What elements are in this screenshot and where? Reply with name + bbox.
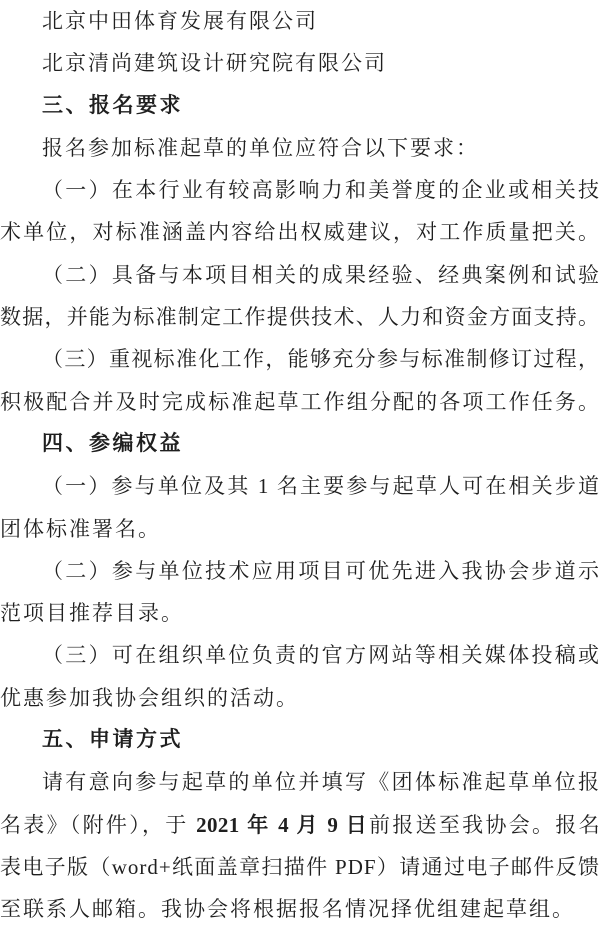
company-line-1: 北京中田体育发展有限公司 (0, 0, 600, 42)
section5-para-line4: 至联系人邮箱。我协会将根据报名情况择优组建起草组。 (0, 888, 600, 930)
section4-item2-line2: 范项目推荐目录。 (0, 592, 600, 634)
section3-item1-line1: （一）在本行业有较高影响力和美誉度的企业或相关技 (0, 169, 600, 211)
deadline-pre-text: 名表》（附件），于 (0, 813, 196, 837)
document-page: 北京中田体育发展有限公司 北京清尚建筑设计研究院有限公司 三、报名要求 报名参加… (0, 0, 600, 930)
section4-item1-line2: 团体标准署名。 (0, 508, 600, 550)
section3-intro: 报名参加标准起草的单位应符合以下要求： (0, 127, 600, 169)
section5-para-line2: 名表》（附件），于 2021 年 4 月 9 日前报送至我协会。报名 (0, 804, 600, 846)
section3-heading: 三、报名要求 (0, 85, 600, 127)
section5-heading: 五、申请方式 (0, 719, 600, 761)
section5-para-line3: 表电子版（word+纸面盖章扫描件 PDF）请通过电子邮件反馈 (0, 846, 600, 888)
deadline-post-text: 前报送至我协会。报名 (369, 813, 600, 837)
deadline-date: 2021 年 4 月 9 日 (196, 813, 369, 837)
section4-item1-line1: （一）参与单位及其 1 名主要参与起草人可在相关步道 (0, 465, 600, 507)
section4-item3-line2: 优惠参加我协会组织的活动。 (0, 677, 600, 719)
company-line-2: 北京清尚建筑设计研究院有限公司 (0, 42, 600, 84)
section5-para-line1: 请有意向参与起草的单位并填写《团体标准起草单位报 (0, 761, 600, 803)
section3-item3-line1: （三）重视标准化工作，能够充分参与标准制修订过程， (0, 338, 600, 380)
section3-item1-line2: 术单位，对标准涵盖内容给出权威建议，对工作质量把关。 (0, 211, 600, 253)
section4-heading: 四、参编权益 (0, 423, 600, 465)
section3-item2-line1: （二）具备与本项目相关的成果经验、经典案例和试验 (0, 254, 600, 296)
section4-item2-line1: （二）参与单位技术应用项目可优先进入我协会步道示 (0, 550, 600, 592)
section3-item3-line2: 积极配合并及时完成标准起草工作组分配的各项工作任务。 (0, 381, 600, 423)
section3-item2-line2: 数据，并能为标准制定工作提供技术、人力和资金方面支持。 (0, 296, 600, 338)
section4-item3-line1: （三）可在组织单位负责的官方网站等相关媒体投稿或 (0, 634, 600, 676)
